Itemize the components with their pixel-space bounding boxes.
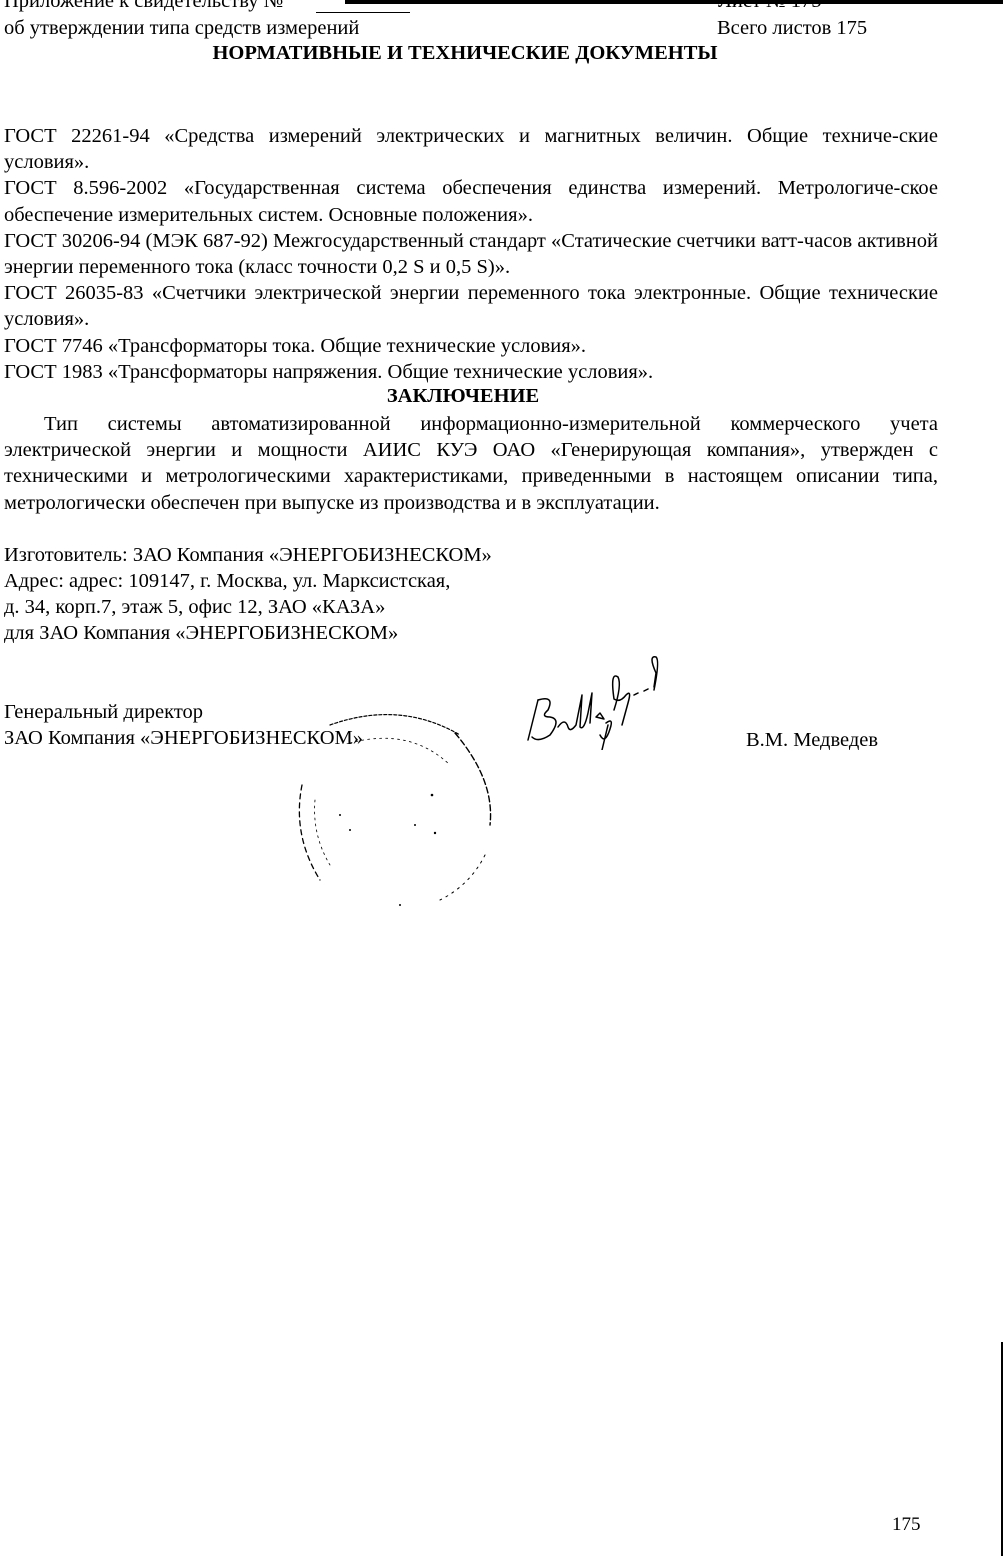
document-item: ГОСТ 7746 «Трансформаторы тока. Общие те…: [4, 333, 938, 359]
manufacturer-line: для ЗАО Компания «ЭНЕРГОБИЗНЕСКОМ»: [4, 620, 492, 646]
stamp-seal-icon: [290, 705, 505, 910]
manufacturer-block: Изготовитель: ЗАО Компания «ЭНЕРГОБИЗНЕС…: [4, 542, 492, 646]
document-item: ГОСТ 22261-94 «Средства измерений электр…: [4, 123, 938, 175]
manufacturer-line: Адрес: адрес: 109147, г. Москва, ул. Мар…: [4, 568, 492, 594]
header-subtitle: об утверждении типа средств измерений: [4, 17, 359, 40]
section-title-documents: НОРМАТИВНЫЕ И ТЕХНИЧЕСКИЕ ДОКУМЕНТЫ: [0, 42, 930, 65]
signature-icon: [510, 655, 710, 750]
top-scan-border: [345, 0, 1003, 4]
header-total-sheets: Всего листов 175: [717, 17, 867, 40]
document-item: ГОСТ 8.596-2002 «Государственная система…: [4, 175, 938, 227]
manufacturer-line: д. 34, корп.7, этаж 5, офис 12, ЗАО «КАЗ…: [4, 594, 492, 620]
certificate-number-blank: [316, 12, 410, 13]
document-item: ГОСТ 1983 «Трансформаторы напряжения. Об…: [4, 359, 938, 385]
header-sheet-number: Лист № 175: [718, 0, 822, 13]
signer-name: В.М. Медведев: [746, 729, 878, 752]
documents-list: ГОСТ 22261-94 «Средства измерений электр…: [4, 123, 938, 385]
document-item: ГОСТ 30206-94 (МЭК 687-92) Межгосударств…: [4, 228, 938, 280]
conclusion-text: Тип системы автоматизированной информаци…: [4, 411, 938, 516]
page-number: 175: [892, 1514, 921, 1536]
header-appendix-label: Приложение к свидетельству №: [4, 0, 283, 13]
document-item: ГОСТ 26035-83 «Счетчики электрической эн…: [4, 280, 938, 332]
manufacturer-line: Изготовитель: ЗАО Компания «ЭНЕРГОБИЗНЕС…: [4, 542, 492, 568]
section-title-conclusion: ЗАКЛЮЧЕНИЕ: [0, 385, 926, 408]
